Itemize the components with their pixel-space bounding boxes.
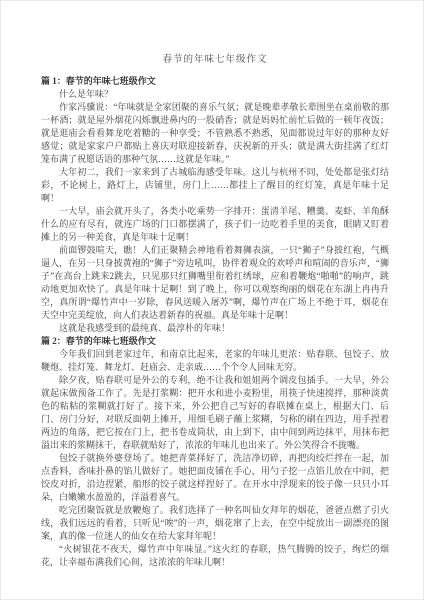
essay-2-paragraph: 除夕夜，贴春联可是外公的专利，绝不让我和姐姐两个调皮包插手。一大早，外公就起床做… [41, 374, 389, 452]
essay-1-paragraph: 这就是我感受到的最纯真、最淳朴的年味！ [41, 322, 389, 335]
essay-2: 篇 2：春节的年味七班级作文 今年我们回到老家过年，和南京比起来，老家的年味儿更… [41, 335, 389, 569]
essay-1-paragraph: 一大早，庙会就开头了，各类小吃乘势一字排开：蛋清羊尾、糟羹、麦虾、羊角酥什么的应… [41, 205, 389, 244]
essay-2-heading: 篇 2：春节的年味七班级作文 [41, 335, 389, 348]
essay-1: 篇 1：春节的年味七班级作文 什么是年味？ 作家冯骥说：“年味就是全家团聚的喜乐… [41, 75, 389, 335]
essay-1-paragraph: 前面锣鼓喧天，瞧！人们正聚精会神地看着舞狮表演，一只“狮子”身披红袍，气概逼人，… [41, 244, 389, 322]
essay-1-paragraph: 大年初二，我们一家来到了古城临海感受年味。这儿与杭州不同，处处都是张灯结彩，不论… [41, 166, 389, 205]
essay-2-paragraph: 吃完团聚饭就是放鞭炮了。我们选择了一种名叫仙女拜年的烟花，爸爸点燃了引火线，我们… [41, 504, 389, 543]
essay-2-paragraph: 包饺子就换外婆登场了。她把青菜择好了，洗洁净切碎，再把肉绞烂拌在一起，加点香料，… [41, 452, 389, 504]
essay-1-paragraph: 作家冯骥说：“年味就是全家团聚的喜乐气氛；就是晚辈孝敬长辈围坐在桌前敬的那一杯酒… [41, 101, 389, 166]
essay-2-paragraph: 今年我们回到老家过年，和南京比起来，老家的年味儿更浓：贴春联、包饺子、放鞭炮、挂… [41, 348, 389, 374]
essay-1-paragraph: 什么是年味？ [41, 88, 389, 101]
essay-2-paragraph: “火树银花不夜天，爆竹声中年味显。”这火红的春联，热气腾腾的饺子，绚烂的烟花，让… [41, 543, 389, 569]
document-title: 春节的年味七年级作文 [41, 51, 389, 65]
document-page: 春节的年味七年级作文 篇 1：春节的年味七班级作文 什么是年味？ 作家冯骥说：“… [0, 0, 424, 600]
essay-1-heading: 篇 1：春节的年味七班级作文 [41, 75, 389, 88]
document-content: 春节的年味七年级作文 篇 1：春节的年味七班级作文 什么是年味？ 作家冯骥说：“… [1, 1, 423, 569]
